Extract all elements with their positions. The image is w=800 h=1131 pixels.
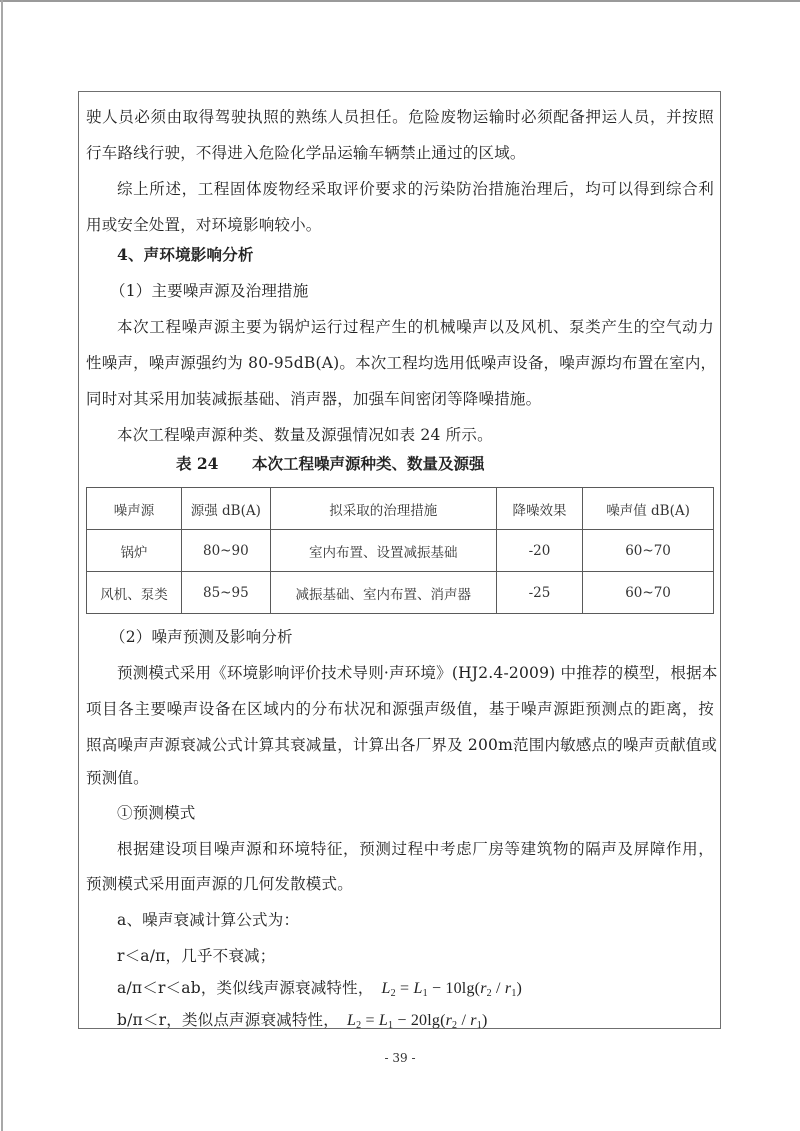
paragraph-line: 预测模式采用《环境影响评价技术导则·声环境》(HJ2.4-2009) 中推荐的模… [117,663,714,683]
table-cell: 60~70 [583,530,714,572]
table-cell: -20 [496,530,582,572]
subsection-heading-2: （2）噪声预测及影响分析 [110,627,293,647]
noise-source-table: 噪声源 源强 dB(A) 拟采取的治理措施 降噪效果 噪声值 dB(A) 锅炉 … [86,487,714,614]
table-caption: 表 24本次工程噪声源种类、数量及源强 [176,454,485,474]
table-cell: 85~95 [182,572,270,614]
table-cell: -25 [496,572,582,614]
table-cell: 减振基础、室内布置、消声器 [270,572,496,614]
paragraph-line: 照高噪声声源衰减公式计算其衰减量，计算出各厂界及 200m范围内敏感点的噪声贡献… [86,735,714,755]
paragraph-line: 根据建设项目噪声源和环境特征，预测过程中考虑厂房等建筑物的隔声及屏障作用， [117,839,714,859]
formula-line-source: L2 = L1 − 10lg(r2 / r1) [382,980,523,997]
page-number: - 39 - [0,1051,800,1065]
paragraph-line: 项目各主要噪声设备在区域内的分布状况和源强声级值，基于噪声源距预测点的距离，按 [86,699,714,719]
condition-line-3: b/π＜r，类似点声源衰减特性，L2 = L1 − 20lg(r2 / r1) [117,1010,487,1036]
subsection-heading-3: ①预测模式 [117,803,196,823]
subsection-heading-1: （1）主要噪声源及治理措施 [110,281,308,301]
table-header-cell: 拟采取的治理措施 [270,488,496,530]
table-cell: 锅炉 [87,530,182,572]
page-edge-top [0,0,800,2]
table-header-cell: 降噪效果 [496,488,582,530]
table-cell: 80~90 [182,530,270,572]
condition-text: b/π＜r，类似点声源衰减特性， [117,1011,339,1029]
paragraph-line: 本次工程噪声源种类、数量及源强情况如表 24 所示。 [117,425,493,445]
paragraph-line: 预测值。 [86,768,149,788]
paragraph-line: 同时对其采用加装减振基础、消声器，加强车间密闭等降噪措施。 [86,389,541,409]
table-row: 锅炉 80~90 室内布置、设置减振基础 -20 60~70 [87,530,714,572]
paragraph-line: 驶人员必须由取得驾驶执照的熟练人员担任。危险废物运输时必须配备押运人员，并按照 [86,107,714,127]
table-header-cell: 噪声源 [87,488,182,530]
table-header-cell: 噪声值 dB(A) [583,488,714,530]
table-caption-number: 表 24 [176,454,252,474]
paragraph-line: 行车路线行驶，不得进入危险化学品运输车辆禁止通过的区域。 [86,143,526,163]
condition-line-1: r＜a/π，几乎不衰减； [117,946,275,966]
paragraph-line: 预测模式采用面声源的几何发散模式。 [86,874,353,894]
table-header-cell: 源强 dB(A) [182,488,270,530]
paragraph-line: 本次工程噪声源主要为锅炉运行过程产生的机械噪声以及风机、泵类产生的空气动力 [117,317,714,337]
condition-text: a/π＜r＜ab，类似线声源衰减特性， [117,979,374,997]
table-header-row: 噪声源 源强 dB(A) 拟采取的治理措施 降噪效果 噪声值 dB(A) [87,488,714,530]
table-caption-title: 本次工程噪声源种类、数量及源强 [252,454,485,473]
table-row: 风机、泵类 85~95 减振基础、室内布置、消声器 -25 60~70 [87,572,714,614]
paragraph-line: 用或安全处置，对环境影响较小。 [86,215,322,235]
table-cell: 室内布置、设置减振基础 [270,530,496,572]
condition-line-2: a/π＜r＜ab，类似线声源衰减特性，L2 = L1 − 10lg(r2 / r… [117,978,522,1004]
paragraph-line: a、噪声衰减计算公式为： [117,910,299,930]
table-cell: 风机、泵类 [87,572,182,614]
table-cell: 60~70 [583,572,714,614]
paragraph-line: 综上所述，工程固体废物经采取评价要求的污染防治措施治理后，均可以得到综合利 [117,179,714,199]
paragraph-line: 性噪声，噪声源强约为 80-95dB(A)。本次工程均选用低噪声设备，噪声源均布… [86,353,714,373]
page-edge-left [1,0,3,1131]
formula-point-source: L2 = L1 − 20lg(r2 / r1) [347,1012,488,1029]
section-heading-4: 4、声环境影响分析 [117,245,254,265]
